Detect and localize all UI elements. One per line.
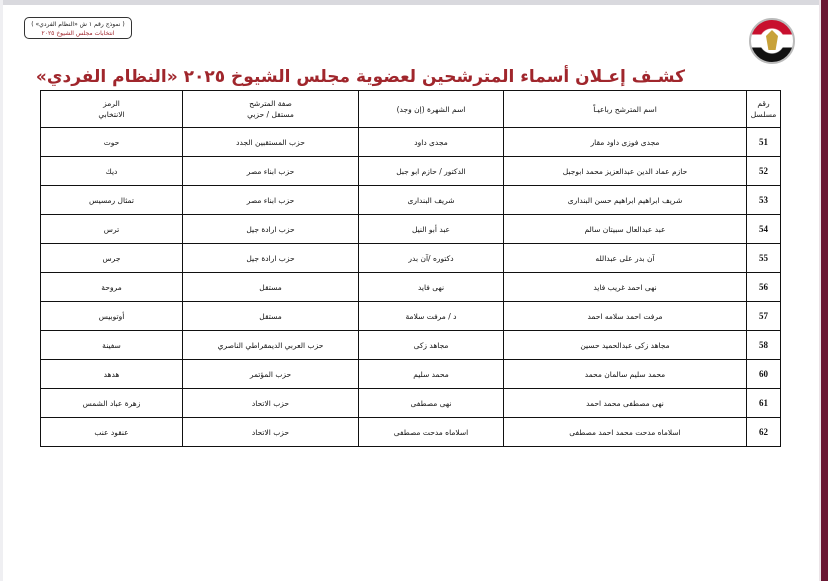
table-row: 51 مجدى فوزى داود مقار مجدى داود حزب الم… bbox=[41, 128, 781, 157]
cell-popular-name: نهى مصطفى bbox=[359, 389, 504, 418]
cell-popular-name: مجدى داود bbox=[359, 128, 504, 157]
cell-serial: 62 bbox=[747, 418, 781, 447]
header-symbol: الرمز الانتخابي bbox=[41, 91, 183, 128]
table-row: 52 حازم عماد الدين عبدالعزيز محمد ابوجبل… bbox=[41, 157, 781, 186]
election-label: انتخابات مجلس الشيوخ ٢٠٢٥ bbox=[25, 29, 131, 38]
cell-popular-name: اسلام‍اه مدحت مصطفى bbox=[359, 418, 504, 447]
table-row: 57 مرفت احمد سلامه احمد د / مرفت سلامة م… bbox=[41, 302, 781, 331]
header-symbol-line2: الانتخابي bbox=[43, 109, 180, 120]
table-row: 55 آن بدر على عبدالله دكتوره /آن بدر حزب… bbox=[41, 244, 781, 273]
table-header-row: رقم مسلسل اسم المترشح رباعيـاً اسم الشهر… bbox=[41, 91, 781, 128]
cell-serial: 51 bbox=[747, 128, 781, 157]
cell-symbol: ديك bbox=[41, 157, 183, 186]
window-top-strip bbox=[0, 0, 820, 5]
cell-symbol: ترس bbox=[41, 215, 183, 244]
cell-status: حزب ابناء مصر bbox=[183, 157, 359, 186]
cell-popular-name: دكتوره /آن بدر bbox=[359, 244, 504, 273]
cell-popular-name: د / مرفت سلامة bbox=[359, 302, 504, 331]
header-status: صفة المترشح مستقل / حزبي bbox=[183, 91, 359, 128]
cell-status: حزب العربي الديمقراطي الناصري bbox=[183, 331, 359, 360]
cell-full-name: مجدى فوزى داود مقار bbox=[504, 128, 747, 157]
candidates-table: رقم مسلسل اسم المترشح رباعيـاً اسم الشهر… bbox=[40, 90, 781, 447]
cell-symbol: أوتوبيس bbox=[41, 302, 183, 331]
cell-popular-name: مجاهد زكى bbox=[359, 331, 504, 360]
header-status-line2: مستقل / حزبي bbox=[185, 109, 356, 120]
header-serial-line2: مسلسل bbox=[749, 109, 778, 120]
cell-serial: 56 bbox=[747, 273, 781, 302]
cell-serial: 61 bbox=[747, 389, 781, 418]
cell-full-name: محمد سليم سالمان محمد bbox=[504, 360, 747, 389]
cell-status: مستقل bbox=[183, 273, 359, 302]
cell-symbol: مروحة bbox=[41, 273, 183, 302]
cell-symbol: هدهد bbox=[41, 360, 183, 389]
table-row: 54 عبد عبدالعال سبيتان سالم عبد أبو الني… bbox=[41, 215, 781, 244]
cell-full-name: شريف ابراهيم ابراهيم حسن البندارى bbox=[504, 186, 747, 215]
header-symbol-line1: الرمز bbox=[43, 98, 180, 109]
cell-status: حزب الاتحاد bbox=[183, 389, 359, 418]
cell-serial: 52 bbox=[747, 157, 781, 186]
cell-full-name: نهى احمد غريب فايد bbox=[504, 273, 747, 302]
cell-serial: 54 bbox=[747, 215, 781, 244]
cell-status: حزب ابناء مصر bbox=[183, 186, 359, 215]
cell-status: حزب المؤتمر bbox=[183, 360, 359, 389]
cell-status: مستقل bbox=[183, 302, 359, 331]
table-row: 60 محمد سليم سالمان محمد محمد سليم حزب ا… bbox=[41, 360, 781, 389]
form-number-label: ( نموذج رقم ١ ش «النظام الفردي» ) bbox=[25, 20, 131, 29]
header-serial-line1: رقم bbox=[749, 98, 778, 109]
cell-symbol: عنقود عنب bbox=[41, 418, 183, 447]
page-title: كشـف إعـلان أسماء المترشحين لعضوية مجلس … bbox=[140, 64, 685, 90]
header-popular-name: اسم الشهرة (إن وجد) bbox=[359, 91, 504, 128]
table-row: 61 نهى مصطفى محمد احمد نهى مصطفى حزب الا… bbox=[41, 389, 781, 418]
cell-full-name: آن بدر على عبدالله bbox=[504, 244, 747, 273]
cell-symbol: جرس bbox=[41, 244, 183, 273]
cell-full-name: اسلام‍اه مدحت محمد احمد مصطفى bbox=[504, 418, 747, 447]
cell-status: حزب المستقبين الجدد bbox=[183, 128, 359, 157]
cell-status: حزب ارادة جيل bbox=[183, 215, 359, 244]
cell-serial: 58 bbox=[747, 331, 781, 360]
cell-full-name: نهى مصطفى محمد احمد bbox=[504, 389, 747, 418]
cell-symbol: حوت bbox=[41, 128, 183, 157]
table-row: 58 مجاهد زكى عبدالحميد حسين مجاهد زكى حز… bbox=[41, 331, 781, 360]
cell-serial: 57 bbox=[747, 302, 781, 331]
table-row: 62 اسلام‍اه مدحت محمد احمد مصطفى اسلام‍ا… bbox=[41, 418, 781, 447]
cell-popular-name: عبد أبو النيل bbox=[359, 215, 504, 244]
cell-status: حزب ارادة جيل bbox=[183, 244, 359, 273]
cell-popular-name: الدكتور / حازم ابو جبل bbox=[359, 157, 504, 186]
side-bar bbox=[821, 0, 828, 581]
cell-status: حزب الاتحاد bbox=[183, 418, 359, 447]
cell-popular-name: محمد سليم bbox=[359, 360, 504, 389]
cell-full-name: مرفت احمد سلامه احمد bbox=[504, 302, 747, 331]
header-full-name: اسم المترشح رباعيـاً bbox=[504, 91, 747, 128]
cell-serial: 60 bbox=[747, 360, 781, 389]
window-left-strip bbox=[0, 0, 3, 581]
cell-popular-name: شريف البندارى bbox=[359, 186, 504, 215]
table-row: 56 نهى احمد غريب فايد نهى فايد مستقل مرو… bbox=[41, 273, 781, 302]
cell-full-name: عبد عبدالعال سبيتان سالم bbox=[504, 215, 747, 244]
table-row: 53 شريف ابراهيم ابراهيم حسن البندارى شري… bbox=[41, 186, 781, 215]
cell-popular-name: نهى فايد bbox=[359, 273, 504, 302]
header-status-line1: صفة المترشح bbox=[185, 98, 356, 109]
cell-serial: 53 bbox=[747, 186, 781, 215]
cell-symbol: زهرة عباد الشمس bbox=[41, 389, 183, 418]
cell-full-name: مجاهد زكى عبدالحميد حسين bbox=[504, 331, 747, 360]
egypt-eagle-emblem-icon bbox=[749, 18, 795, 64]
cell-full-name: حازم عماد الدين عبدالعزيز محمد ابوجبل bbox=[504, 157, 747, 186]
header-serial: رقم مسلسل bbox=[747, 91, 781, 128]
cell-symbol: سفينة bbox=[41, 331, 183, 360]
form-number-stamp: ( نموذج رقم ١ ش «النظام الفردي» ) انتخاب… bbox=[24, 17, 132, 39]
eagle-icon bbox=[766, 30, 778, 50]
cell-symbol: تمثال رمسيس bbox=[41, 186, 183, 215]
cell-serial: 55 bbox=[747, 244, 781, 273]
